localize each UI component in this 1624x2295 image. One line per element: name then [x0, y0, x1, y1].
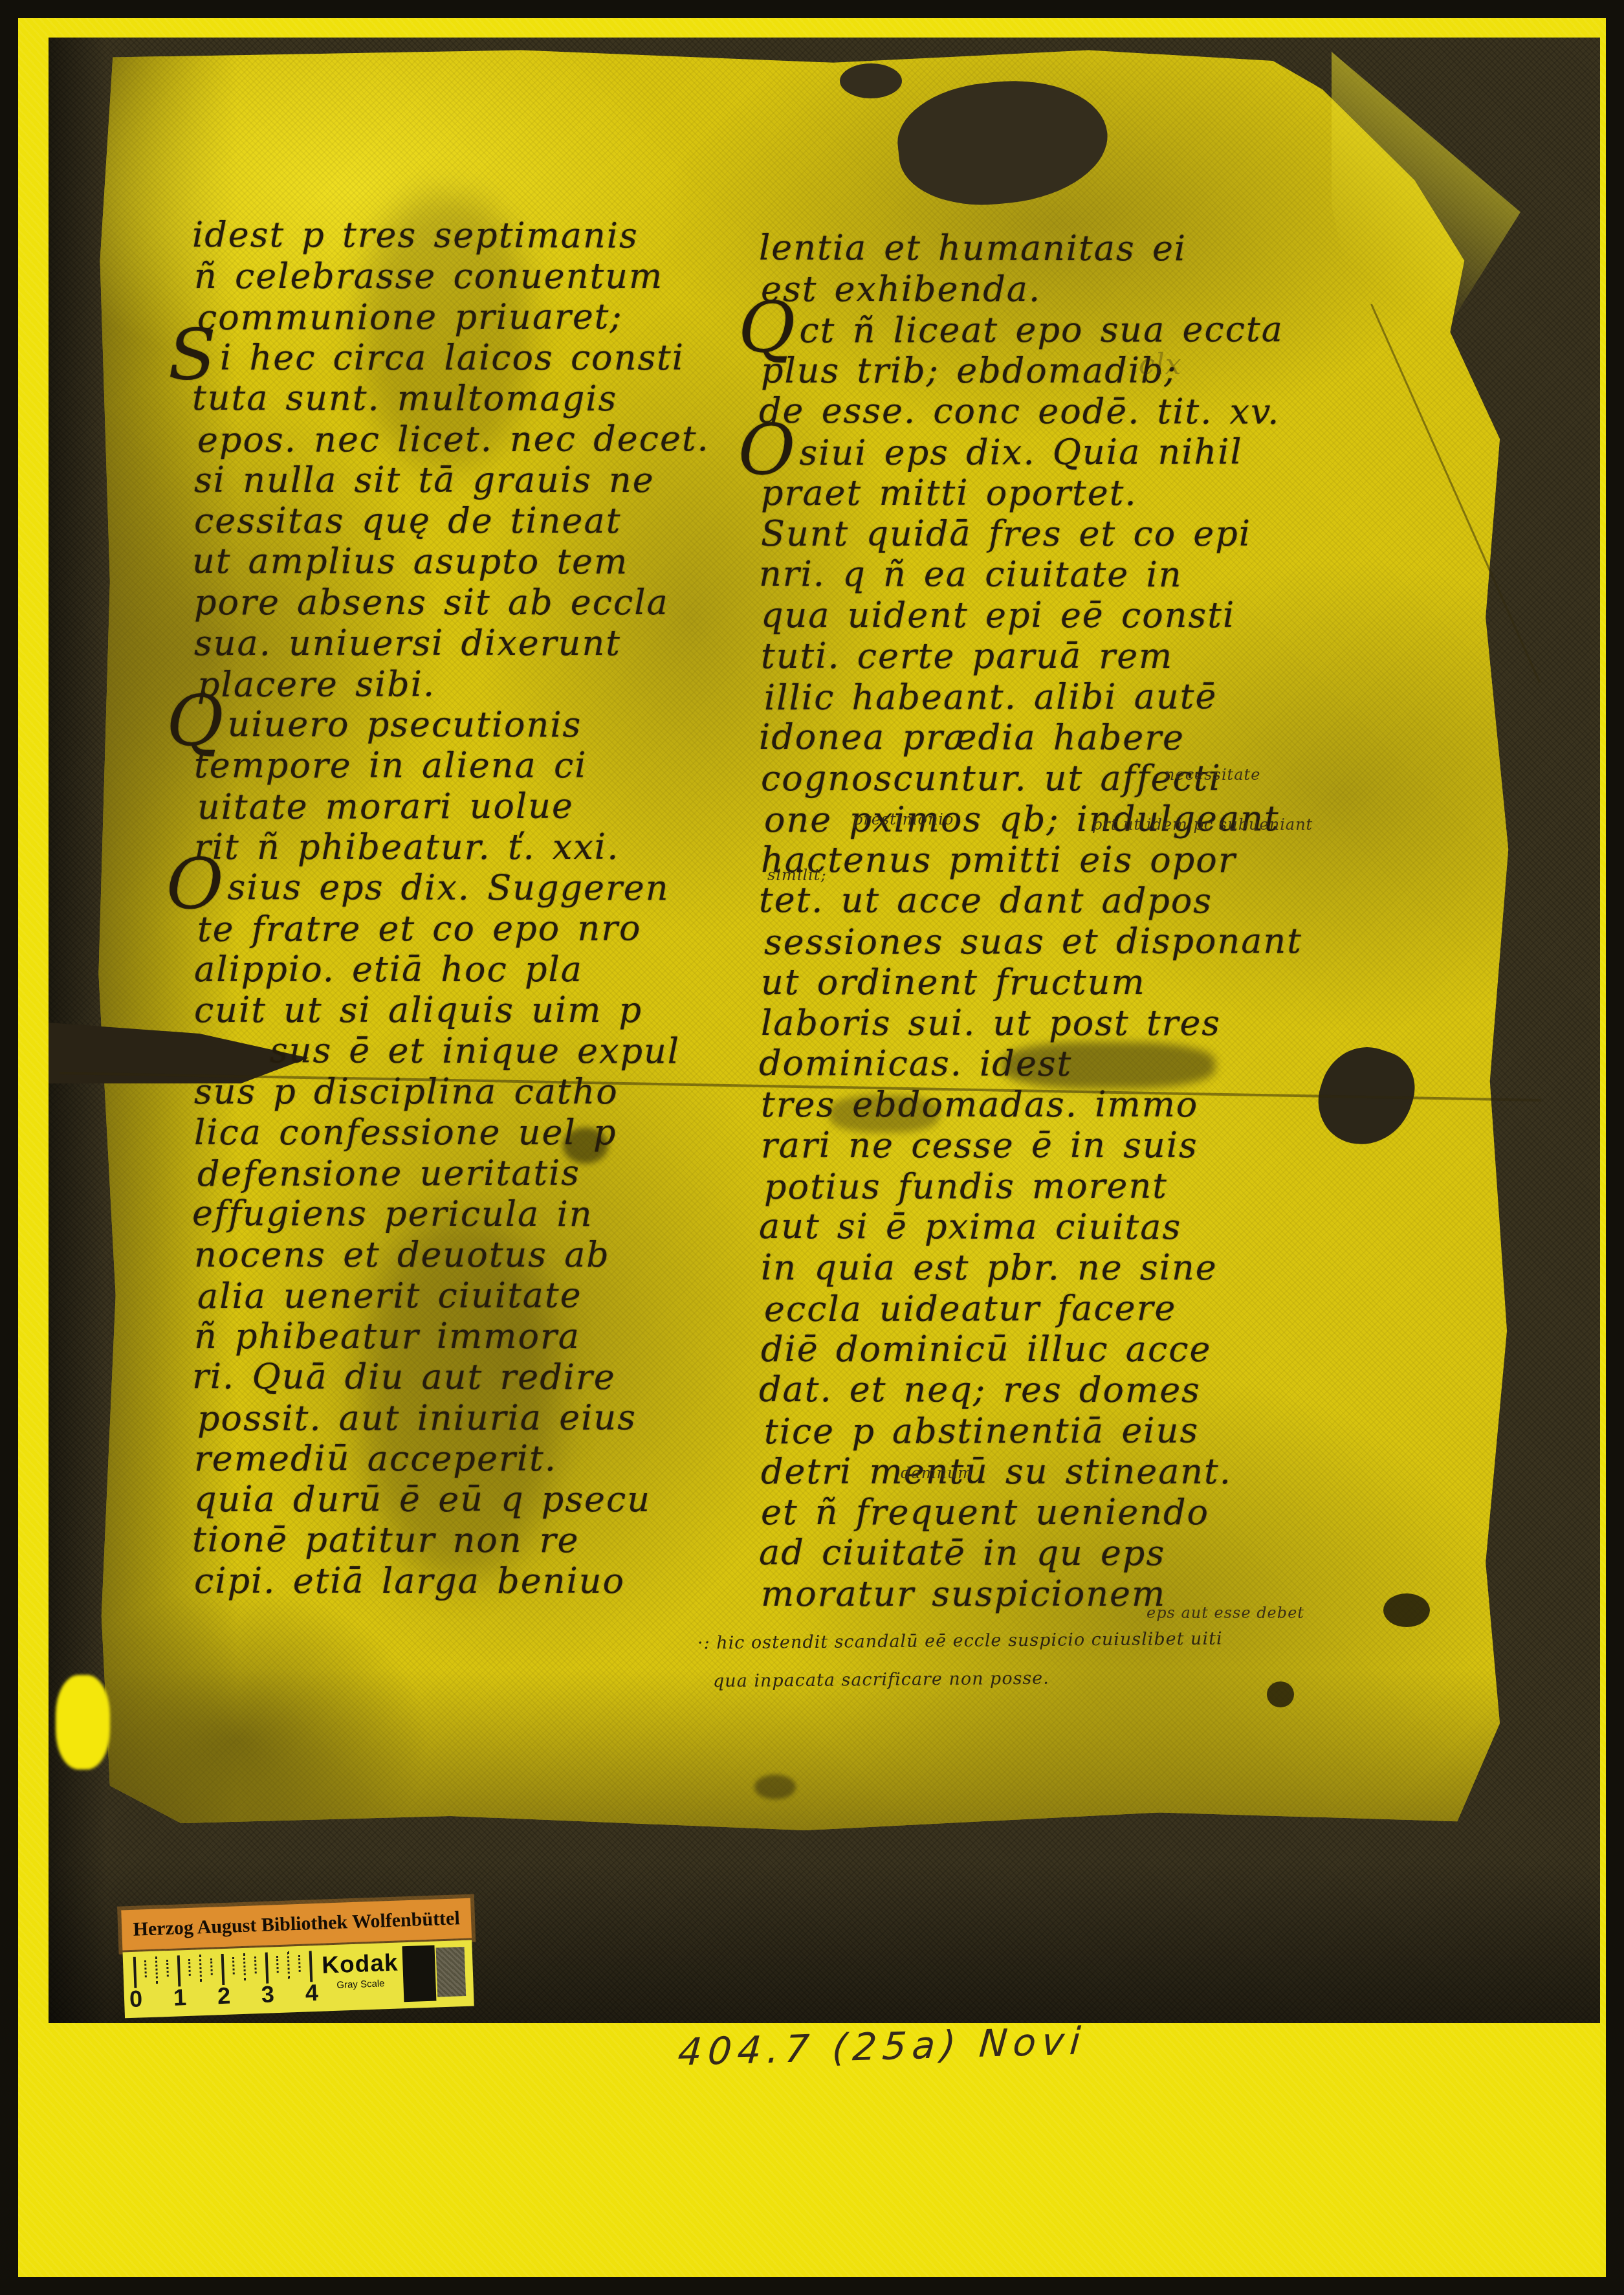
ruler: Kodak Gray Scale 01234 [123, 1940, 474, 2019]
ruler-major-tick [309, 1951, 313, 1982]
manuscript-line: ut amplius asupto tem [192, 540, 774, 582]
manuscript-line: quia durū ē eū q psecu [194, 1479, 776, 1520]
manuscript-line: illic habeant. alibi autē [764, 676, 1385, 718]
ruler-minor-tick [287, 1951, 290, 1979]
manuscript-line: nocens et deuotus ab [194, 1234, 776, 1275]
ruler-minor-tick [232, 1957, 235, 1974]
marginal-gloss: necessitate [1165, 766, 1260, 784]
photocopy-scan: idest p tres septimanisñ celebrasse conu… [0, 0, 1624, 2295]
manuscript-line: ad ciuitatē in qu eps [759, 1532, 1380, 1574]
manuscript-line: remediū acceperit. [194, 1438, 776, 1479]
library-label: Herzog August Bibliothek Wolfenbüttel Ko… [121, 1898, 474, 2019]
ruler-minor-tick [199, 1955, 202, 1982]
manuscript-line: qua uident epi eē consti [761, 595, 1382, 636]
page-hole [840, 63, 902, 98]
ink-spot [1383, 1593, 1430, 1627]
manuscript-line: diē dominicū illuc acce [761, 1329, 1382, 1369]
manuscript-line: hactenus pmitti eis opor [761, 839, 1382, 880]
ruler-minor-tick [155, 1957, 158, 1984]
manuscript-line: detri mentū su stineant. [761, 1451, 1382, 1492]
ruler-minor-tick [166, 1960, 169, 1977]
manuscript-line: laboris sui. ut post tres [761, 1003, 1382, 1043]
manuscript-line: Quiuero psecutionis [192, 704, 774, 746]
ruler-major-tick [177, 1955, 181, 1986]
ruler-number: 1 [166, 1984, 193, 2012]
manuscript-line: uitate morari uolue [197, 785, 780, 827]
manuscript-line: cognoscuntur. ut affecti [761, 758, 1382, 799]
ruler-major-tick [133, 1957, 137, 1988]
gray-scale-patch-gray [436, 1947, 466, 1997]
manuscript-line: cessitas quę de tineat [194, 500, 776, 541]
manuscript-line: si nulla sit tā grauis ne [194, 460, 776, 500]
manuscript-line: effugiens pericula in [192, 1193, 774, 1235]
kodak-logo-text: Kodak [321, 1949, 399, 1979]
left-text-column: idest p tres septimanisñ celebrasse conu… [194, 215, 776, 1601]
bright-correction-mark [56, 1675, 110, 1769]
manuscript-line: praet mitti oportet. [761, 472, 1382, 513]
manuscript-line: communione priuaret; [197, 296, 780, 338]
ruler-number: 2 [210, 1982, 237, 2010]
manuscript-line: pore absens sit ab eccla [194, 582, 776, 623]
manuscript-line: tet. ut acce dant adpos [759, 880, 1380, 922]
manuscript-line: tuti. certe paruā rem [761, 636, 1382, 676]
manuscript-line: de esse. conc eodē. tit. xv. [759, 390, 1380, 432]
ruler-minor-tick [276, 1956, 279, 1973]
ruler-number: 3 [254, 1980, 281, 2008]
manuscript-line: plus trib; ebdomadib; [761, 350, 1382, 391]
ruler-minor-tick [188, 1959, 191, 1976]
gray-scale-patch-black [402, 1946, 436, 2002]
manuscript-line: ri. Quā diu aut redire [192, 1356, 774, 1398]
manuscript-line: dat. et neq; res domes [759, 1369, 1380, 1411]
manuscript-line: nri. q ñ ea ciuitate in [759, 553, 1380, 595]
manuscript-line: sessiones suas et disponant [764, 920, 1385, 963]
right-text-column: lentia et humanitas eiest exhibenda.Qct … [761, 228, 1382, 1614]
manuscript-line: placere sibi. [197, 663, 780, 705]
ruler-minor-tick [254, 1957, 257, 1973]
manuscript-line: Qct ñ liceat epo sua eccta [764, 309, 1385, 351]
marginal-gloss: clx [1139, 348, 1182, 381]
manuscript-line: dominicas. idest [759, 1043, 1380, 1085]
manuscript-line: et ñ frequent ueniendo [761, 1492, 1382, 1533]
manuscript-line: ut ordinent fructum [761, 962, 1382, 1003]
manuscript-line: possit. aut iniuria eius [197, 1397, 780, 1439]
manuscript-line: in quia est pbr. ne sine [761, 1247, 1382, 1288]
ruler-minor-tick [243, 1953, 246, 1980]
manuscript-line: alippio. etiā hoc pla [194, 949, 776, 990]
marginal-gloss: prt ut idem pc subueniant [1092, 815, 1313, 834]
marginal-gloss: similit; [767, 866, 827, 884]
manuscript-line: eccla uideatur facere [764, 1287, 1385, 1330]
manuscript-line: defensione ueritatis [197, 1152, 780, 1194]
footnote-line: qua inpacata sacrificare non posse. [713, 1669, 1049, 1692]
manuscript-line: lentia et humanitas ei [759, 227, 1380, 269]
ink-spot [754, 1775, 796, 1799]
manuscript-line: ñ phibeatur immora [194, 1316, 776, 1357]
manuscript-line: tice p abstinentiā eius [764, 1410, 1385, 1452]
kodak-mark: Kodak Gray Scale [321, 1949, 400, 1991]
manuscript-line: ñ celebrasse conuentum [194, 256, 776, 296]
manuscript-line: tempore in aliena ci [194, 745, 776, 786]
marginal-gloss: damnum [901, 1464, 973, 1482]
ink-spot [1267, 1681, 1294, 1707]
manuscript-line: epos. nec licet. nec decet. [197, 418, 780, 460]
manuscript-line: lica confessione uel p [194, 1112, 776, 1153]
ruler-minor-tick [210, 1958, 213, 1975]
manuscript-line: Sunt quidā fres et co epi [761, 513, 1382, 554]
manuscript-line: tuta sunt. multomagis [192, 377, 774, 419]
ruler-major-tick [265, 1953, 269, 1984]
marginal-gloss: prestimonio [853, 810, 954, 828]
manuscript-line: te fratre et co epo nro [197, 907, 780, 949]
manuscript-line: alia uenerit ciuitate [197, 1274, 780, 1316]
manuscript-line: potius fundis morent [764, 1165, 1385, 1208]
ruler-major-tick [221, 1954, 225, 1985]
manuscript-line: Osiui eps dix. Quia nihil [764, 431, 1385, 474]
ruler-minor-tick [298, 1955, 301, 1972]
manuscript-line: idest p tres septimanis [192, 214, 774, 256]
manuscript-line: sus p disciplina catho [194, 1071, 776, 1112]
manuscript-line: aut si ē pxima ciuitas [759, 1206, 1380, 1248]
ruler-number: 0 [122, 1985, 149, 2013]
ruler-minor-tick [144, 1960, 147, 1977]
manuscript-line: tres ebdomadas. immo [761, 1084, 1382, 1125]
manuscript-line: sus ē et inique expul [192, 1030, 774, 1072]
manuscript-line: rari ne cesse ē in suis [761, 1125, 1382, 1166]
manuscript-line: est exhibenda. [761, 269, 1382, 309]
marginal-gloss: eps aut esse debet [1147, 1604, 1304, 1622]
ruler-number: 4 [298, 1979, 325, 2007]
manuscript-line: rit ñ phibeatur. ť. xxi. [194, 826, 776, 867]
manuscript-line: cuit ut si aliquis uim p [194, 990, 776, 1030]
manuscript-line: idonea prædia habere [759, 716, 1380, 759]
manuscript-line: Si hec circa laicos consti [194, 337, 776, 378]
manuscript-line: sua. uniuersi dixerunt [194, 623, 776, 663]
kodak-subtitle: Gray Scale [322, 1978, 400, 1991]
manuscript-line: Osius eps dix. Suggeren [192, 867, 774, 909]
manuscript-line: tionē patitur non re [192, 1519, 774, 1561]
manuscript-line: cipi. etiā larga beniuo [194, 1560, 776, 1601]
